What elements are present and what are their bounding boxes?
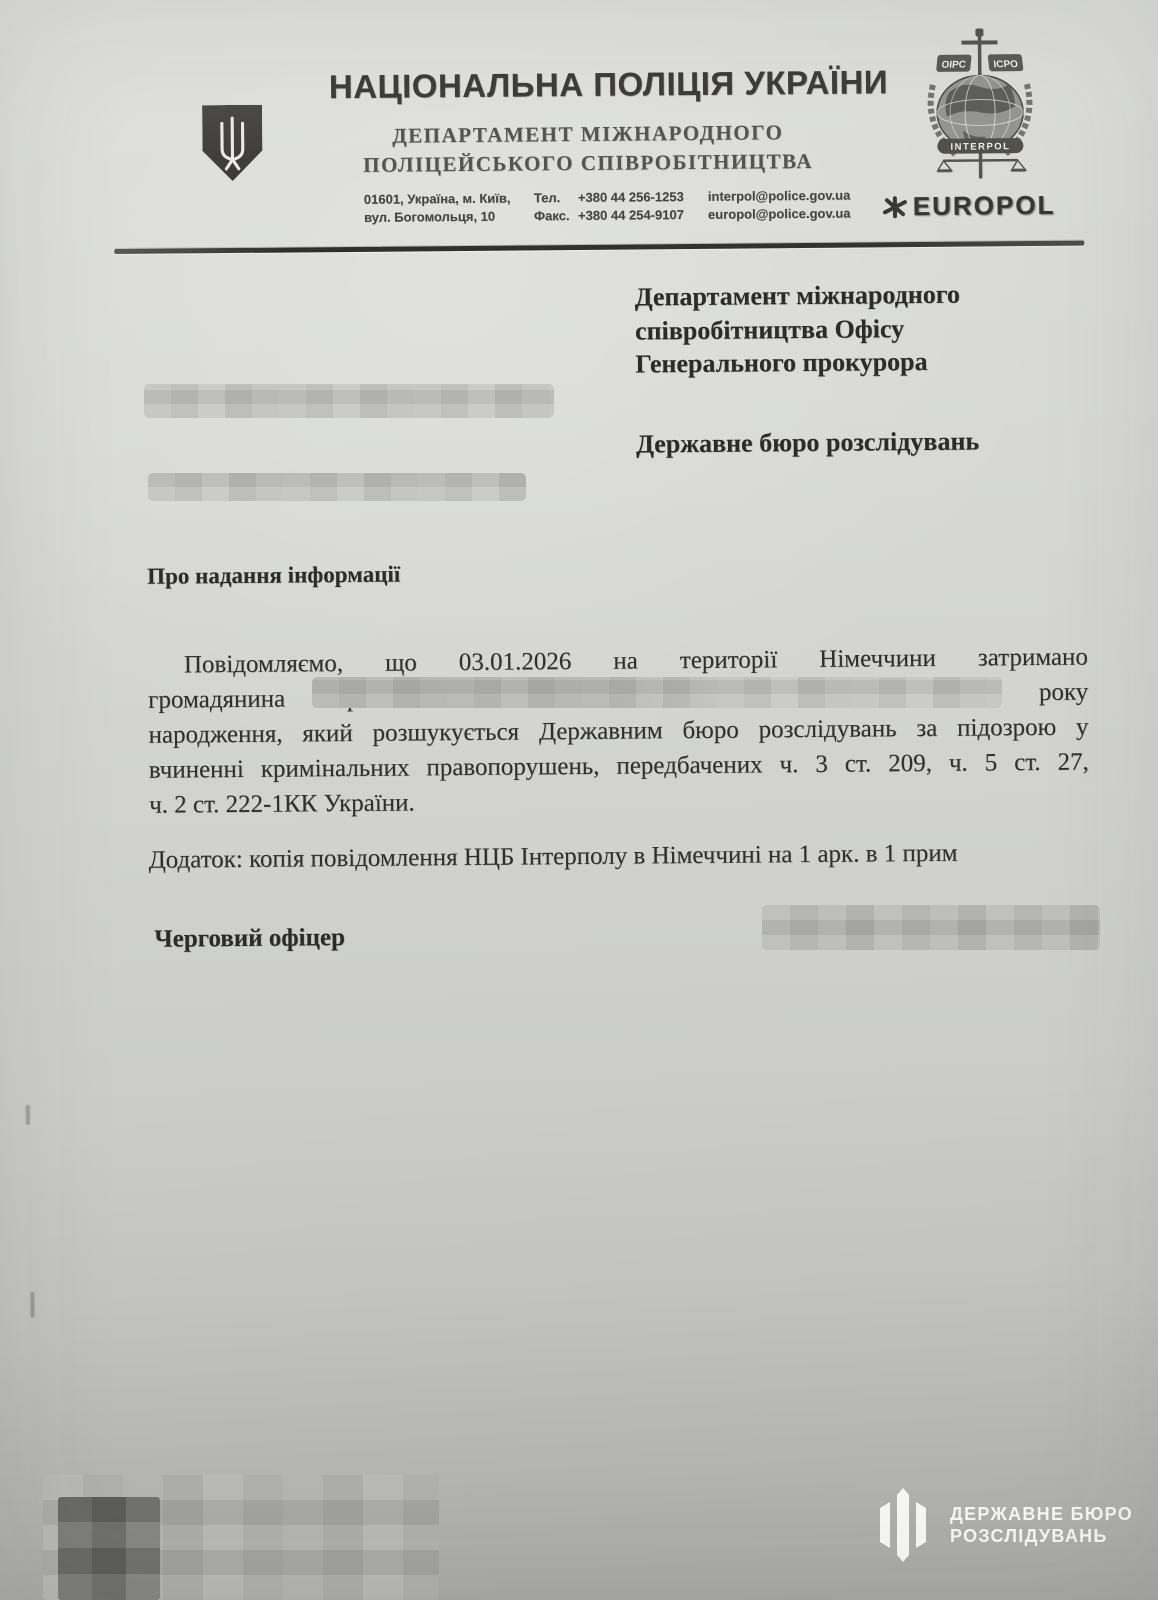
- address-line2: вул. Богомольця, 10: [364, 207, 511, 226]
- recipient-block: Департамент міжнародного співробітництва…: [635, 277, 1036, 381]
- department-subtitle: ДЕПАРТАМЕНТ МІЖНАРОДНОГО ПОЛІЦЕЙСЬКОГО С…: [335, 118, 840, 180]
- body-line-4: вчиненні кримінальних правопорушень, пер…: [149, 747, 1089, 786]
- signer-title: Черговий офіцер: [154, 924, 345, 954]
- interpol-band-label: INTERPOL: [950, 141, 1010, 153]
- redacted-sender-ref-line2: [148, 473, 526, 501]
- redacted-stamp-block: [43, 1475, 439, 1600]
- redacted-person-name: [312, 677, 1002, 708]
- letterhead-divider: [114, 241, 1084, 254]
- fax-label: Факс.: [534, 206, 578, 224]
- scanned-letter: НАЦІОНАЛЬНА ПОЛІЦІЯ УКРАЇНИ ДЕПАРТАМЕНТ …: [0, 0, 1158, 1600]
- recipient-second-org: Державне бюро розслідувань: [636, 426, 1056, 460]
- dbr-wordmark-line2: РОЗСЛІДУВАНЬ: [950, 1525, 1133, 1548]
- redacted-stamp-dark-area: [58, 1497, 160, 1600]
- address-line1: 01601, Україна, м. Київ,: [364, 190, 511, 209]
- department-line2: ПОЛІЦЕЙСЬКОГО СПІВРОБІТНИЦТВА: [335, 147, 840, 180]
- paper-fold-mark: [26, 1105, 30, 1125]
- interpol-banner-left: OIPC: [936, 55, 972, 72]
- attachment-line: Додаток: копія повідомлення НЦБ Інтерпол…: [149, 839, 1089, 875]
- subject-line: Про надання інформації: [147, 562, 400, 590]
- interpol-banner-right: ICPO: [988, 54, 1024, 71]
- europol-logo: EUROPOL: [882, 190, 1056, 223]
- body-line-3: народження, який розшукується Державним …: [148, 712, 1088, 751]
- phone-number: +380 44 256-1253: [578, 189, 684, 205]
- paper-content: НАЦІОНАЛЬНА ПОЛІЦІЯ УКРАЇНИ ДЕПАРТАМЕНТ …: [0, 0, 1158, 1600]
- redacted-sender-ref-line: [144, 384, 554, 418]
- body-line2-tail: року: [1039, 677, 1089, 708]
- dbr-watermark: ДЕРЖАВНЕ БЮРО РОЗСЛІДУВАНЬ: [872, 1486, 1133, 1564]
- trident-glyph: [211, 112, 254, 174]
- phone-block: Тел.+380 44 256-1253 Факс.+380 44 254-91…: [534, 188, 684, 224]
- body-line2-word1: громадянина: [148, 684, 285, 716]
- redacted-signature: [762, 905, 1100, 950]
- fax-number: +380 44 254-9107: [578, 207, 684, 223]
- europol-logo-icon: [882, 195, 908, 219]
- dbr-trident-icon: [872, 1486, 934, 1564]
- interpol-emblem-icon: OIPC ICPO INTERPOL: [914, 26, 1045, 189]
- recipient-line3: Генерального прокурора: [635, 344, 1035, 381]
- body-line-1: Повідомляємо, що 03.01.2026 на території…: [148, 642, 1088, 681]
- recipient-line1: Департамент міжнародного: [635, 277, 1035, 314]
- dbr-wordmark: ДЕРЖАВНЕ БЮРО РОЗСЛІДУВАНЬ: [950, 1503, 1133, 1548]
- recipient-line2: співробітництва Офісу: [635, 311, 1035, 348]
- address-block: 01601, Україна, м. Київ, вул. Богомольця…: [364, 190, 511, 226]
- department-line1: ДЕПАРТАМЕНТ МІЖНАРОДНОГО: [335, 118, 840, 151]
- org-title: НАЦІОНАЛЬНА ПОЛІЦІЯ УКРАЇНИ: [329, 63, 919, 106]
- email-block: interpol@police.gov.ua europol@police.go…: [708, 187, 851, 223]
- dbr-wordmark-line1: ДЕРЖАВНЕ БЮРО: [950, 1503, 1133, 1526]
- phone-label: Тел.: [534, 189, 578, 207]
- email-interpol: interpol@police.gov.ua: [708, 187, 851, 206]
- email-europol: europol@police.gov.ua: [708, 204, 851, 223]
- body-line-5: ч. 2 ст. 222-1КК України.: [149, 782, 1089, 821]
- svg-text:OIPC: OIPC: [941, 60, 966, 71]
- svg-text:ICPO: ICPO: [993, 59, 1019, 70]
- phone-line: Тел.+380 44 256-1253: [534, 188, 684, 207]
- europol-wordmark: EUROPOL: [913, 190, 1056, 222]
- paper-fold-mark: [30, 1292, 34, 1318]
- fax-line: Факс.+380 44 254-9107: [534, 206, 684, 225]
